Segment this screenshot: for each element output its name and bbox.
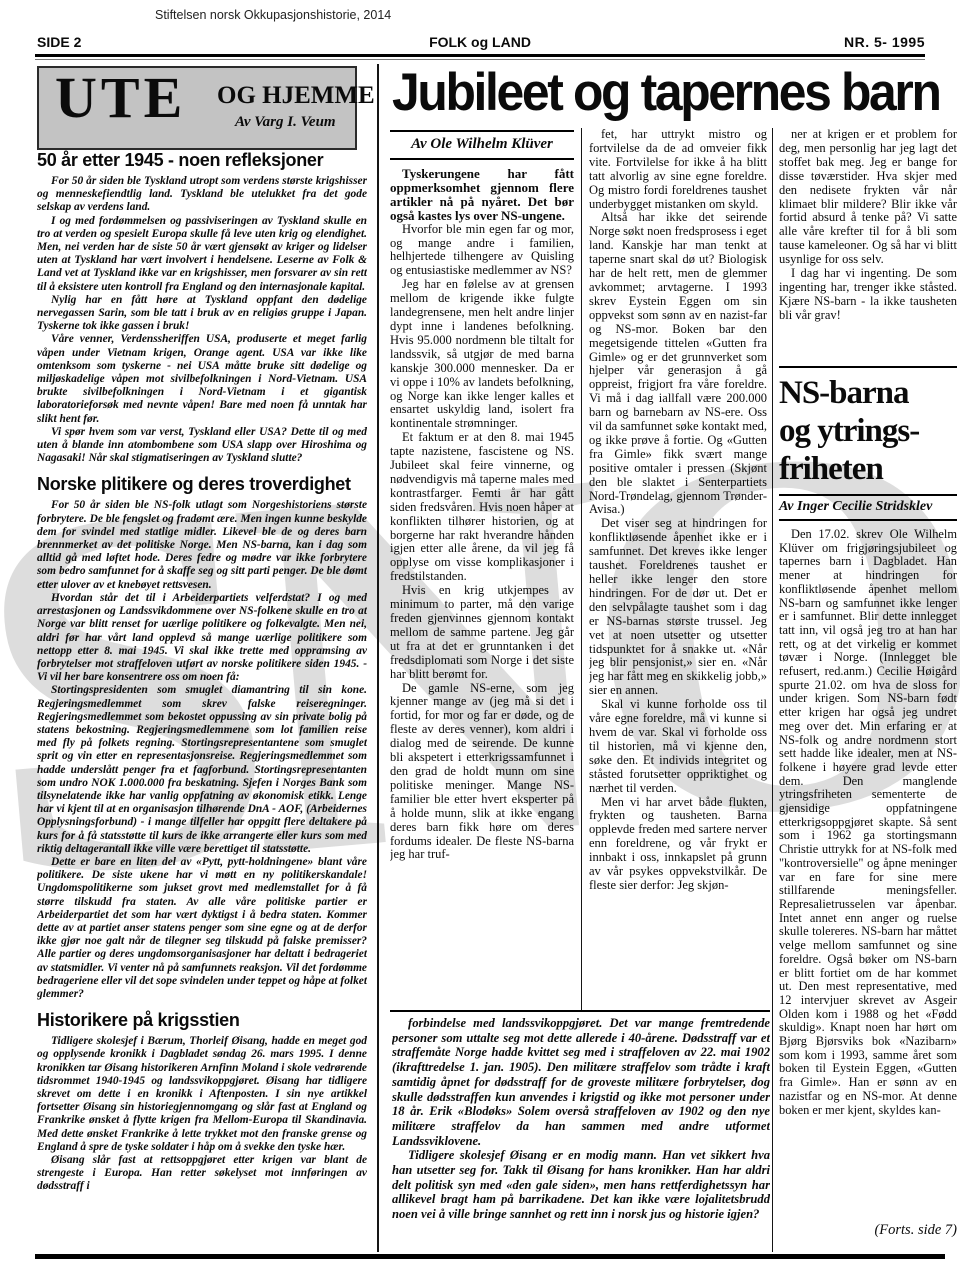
paragraph: Tidligere skolesjef i Bærum, Thorleif Øi… <box>37 1035 367 1154</box>
newspaper-title: FOLK og LAND <box>35 34 925 50</box>
paragraph: ner at krigen er et problem for deg, men… <box>779 128 957 267</box>
paragraph: Skal vi kunne forholde oss til våre egne… <box>589 698 767 795</box>
section-body: Tidligere skolesjef i Bærum, Thorleif Øi… <box>37 1035 367 1193</box>
paragraph: De gamle NS-erne, som jeg kjenner mange … <box>390 682 574 863</box>
paragraph: Jeg har en følelse av at grensen mellom … <box>390 278 574 431</box>
paragraph: Hvorfor ble min egen far og mor, og mang… <box>390 223 574 279</box>
section-heading: 50 år etter 1945 - noen refleksjoner <box>37 150 367 171</box>
paragraph: Hvis en krig utkjempes av minimum to par… <box>390 584 574 681</box>
paragraph: Øisang slår fast at rettsoppgjøret etter… <box>37 1154 367 1194</box>
left-opinion-column: 50 år etter 1945 - noen refleksjoner For… <box>37 150 367 1253</box>
section-heading: Norske plitikere og deres troverdighet <box>37 474 367 495</box>
masthead-rule <box>35 54 925 57</box>
column-body: Tyskerungene har fått oppmerksomhet gjen… <box>390 167 574 862</box>
main-article-footer-section: forbindelse med landssvikoppgjøret. Det … <box>392 1016 770 1252</box>
main-article-column-3: ner at krigen er et problem for deg, men… <box>779 128 957 368</box>
ute-logo-subtitle: OG HJEMME <box>217 82 375 110</box>
paragraph: Den 17.02. skrev Ole Wilhelm Klüver om f… <box>779 528 957 1117</box>
paragraph: fet, har uttrykt mistro og fortvilelse d… <box>589 128 767 211</box>
paragraph: Dette er bare en liten del av «Pytt, pyt… <box>37 856 367 1001</box>
paragraph: Vi spør hvem som var verst, Tyskland ell… <box>37 426 367 466</box>
footer-section-rule <box>390 1010 770 1012</box>
continuation-note: (Forts. side 7) <box>779 1222 957 1239</box>
paragraph: Det viser seg at hindringen for konflikt… <box>589 517 767 698</box>
paragraph: og ytrings- <box>779 412 960 450</box>
paragraph: Nylig har en fått høre at Tyskland oppfa… <box>37 294 367 334</box>
paragraph: I og med fordømmelsen og passiviseringen… <box>37 215 367 294</box>
paragraph: forbindelse med landssvikoppgjøret. Det … <box>392 1016 770 1148</box>
paragraph: Våre venner, Verdenssheriffen USA, produ… <box>37 333 367 425</box>
scan-provenance-note: Stiftelsen norsk Okkupasjonshistorie, 20… <box>155 8 391 22</box>
section-norske-plitikere: Norske plitikere og deres troverdighet F… <box>37 474 367 1001</box>
paragraph: For 50 år siden ble Tyskland utropt som … <box>37 175 367 215</box>
masthead-rule-thin <box>35 59 925 60</box>
sub-article-body: Den 17.02. skrev Ole Wilhelm Klüver om f… <box>779 528 957 1218</box>
paragraph: Tidligere skolesjef Øisang er en modig m… <box>392 1148 770 1222</box>
paragraph: friheten <box>779 450 960 488</box>
section-body: For 50 år siden ble NS-folk utlagt som N… <box>37 499 367 1001</box>
main-article-headline: Jubileet og tapernes barn <box>392 62 928 123</box>
sub-article-byline: Av Inger Cecilie Stridsklev <box>779 494 957 521</box>
vertical-divider-col2-col3 <box>772 128 773 1252</box>
paragraph: Altså har ikke det seirende Norge søkt n… <box>589 211 767 517</box>
main-article-column-1: Av Ole Wilhelm Klüver Tyskerungene har f… <box>390 128 574 1010</box>
paragraph: For 50 år siden ble NS-folk utlagt som N… <box>37 499 367 591</box>
main-article-byline: Av Ole Wilhelm Klüver <box>390 130 574 160</box>
ute-og-hjemme-logo-box: UTE OG HJEMME Av Varg I. Veum <box>37 66 357 150</box>
vertical-divider-left <box>377 64 379 1252</box>
sub-article-headline: NS-barnaog ytrings-friheten <box>779 374 960 488</box>
section-historikere: Historikere på krigsstien Tidligere skol… <box>37 1010 367 1193</box>
ute-logo-text: UTE <box>55 64 186 131</box>
main-article-column-2: fet, har uttrykt mistro og fortvilelse d… <box>589 128 767 1010</box>
masthead: SIDE 2 FOLK og LAND NR. 5- 1995 <box>35 34 925 52</box>
section-body: For 50 år siden ble Tyskland utropt som … <box>37 175 367 465</box>
ute-column-byline: Av Varg I. Veum <box>235 114 336 131</box>
paragraph: Stortingspresidenten som smuglet diamant… <box>37 684 367 856</box>
section-heading: Historikere på krigsstien <box>37 1010 367 1031</box>
vertical-divider-col1-col2 <box>581 128 582 1010</box>
paragraph: Et faktum er at den 8. mai 1945 tapte na… <box>390 431 574 584</box>
paragraph: NS-barna <box>779 374 960 412</box>
paragraph: Hvordan står det til i Arbeiderpartiets … <box>37 592 367 684</box>
section-50-aar-etter: 50 år etter 1945 - noen refleksjoner For… <box>37 150 367 465</box>
issue-number: NR. 5- 1995 <box>844 34 925 50</box>
paragraph: I dag har vi ingenting. De som ingenting… <box>779 267 957 323</box>
paragraph: Men vi har arvet både flukten, frykten o… <box>589 796 767 893</box>
paragraph: Tyskerungene har fått oppmerksomhet gjen… <box>390 167 574 223</box>
page-bottom-rule <box>35 1254 945 1259</box>
